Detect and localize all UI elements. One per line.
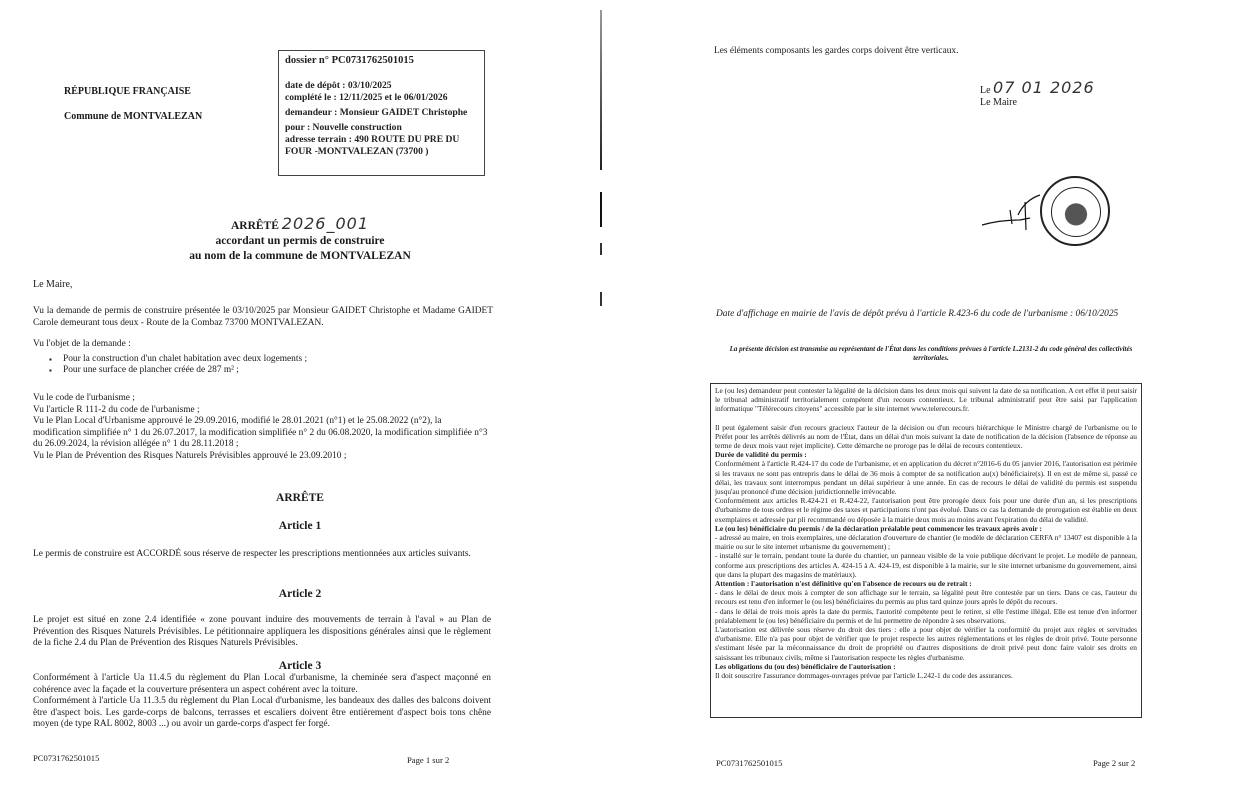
vu-objet: Vu l'objet de la demande : <box>33 339 493 351</box>
article-2-text: Le projet est situé en zone 2.4 identifi… <box>33 615 491 650</box>
page-divider <box>600 243 602 255</box>
vu-line: Vu le Plan Local d'Urbanisme approuvé le… <box>33 416 491 451</box>
republic-header: RÉPUBLIQUE FRANÇAISE <box>64 86 191 97</box>
completed-date: complété le : 12/11/2025 et le 06/01/202… <box>285 92 478 104</box>
footer-ref: PC0731762501015 <box>716 758 782 768</box>
address-line-1: adresse terrain : 490 ROUTE DU PRE DU <box>285 134 478 146</box>
legal-paragraph: Conformément aux articles R.424-21 et R.… <box>715 496 1137 524</box>
continuation-text: Les éléments composants les gardes corps… <box>714 45 958 57</box>
vu-demande: Vu la demande de permis de construire pr… <box>33 306 493 329</box>
footer-ref: PC0731762501015 <box>33 753 99 763</box>
legal-paragraph: L'autorisation est délivrée sous réserve… <box>715 625 1137 662</box>
legal-heading: Le (ou les) bénéficiaire du permis / de … <box>715 524 1137 533</box>
arrete-heading: ARRÊTE <box>0 492 600 504</box>
vu-line: Vu l'article R 111-2 du code de l'urbani… <box>33 405 491 417</box>
signatory-title: Le Maire <box>980 97 1095 108</box>
legal-heading: Attention : l'autorisation n'est définit… <box>715 579 1137 588</box>
vu-objet-section: Vu l'objet de la demande : Pour la const… <box>33 339 493 377</box>
legal-paragraph: Le (ou les) demandeur peut contester la … <box>715 386 1137 414</box>
dossier-info-box: dossier n° PC0731762501015 date de dépôt… <box>278 50 485 176</box>
footer-page: Page 1 sur 2 <box>407 755 449 765</box>
objet-list: Pour la construction d'un chalet habitat… <box>33 354 493 377</box>
page-divider <box>600 292 602 306</box>
legal-paragraph: - dans le délai de deux mois à compter d… <box>715 588 1137 606</box>
legal-paragraph: Conformément à l'article R.424-17 du cod… <box>715 459 1137 496</box>
legal-paragraph: Il doit souscrire l'assurance dommages-o… <box>715 671 1137 680</box>
article-3-text-1: Conformément à l'article Ua 11.4.5 du rè… <box>33 673 491 696</box>
footer-page: Page 2 sur 2 <box>1093 758 1135 768</box>
vu-line: Vu le Plan de Prévention des Risques Nat… <box>33 451 491 463</box>
vu-line: Vu le code de l'urbanisme ; <box>33 393 491 405</box>
decree-title: ARRÊTÉ 2026_001 accordant un permis de c… <box>0 216 600 264</box>
title-line-3: au nom de la commune de MONTVALEZAN <box>0 249 600 264</box>
signature-block: Le 07 01 2026 Le Maire <box>980 78 1095 108</box>
page-1: RÉPUBLIQUE FRANÇAISE Commune de MONTVALE… <box>0 0 600 793</box>
arrete-label: ARRÊTÉ <box>231 220 279 232</box>
legal-heading: Les obligations du (ou des) bénéficiaire… <box>715 662 1137 671</box>
legal-notice-box: Le (ou les) demandeur peut contester la … <box>710 383 1142 718</box>
le-maire: Le Maire, <box>33 279 72 292</box>
article-3-title: Article 3 <box>0 660 600 672</box>
article-1-text: Le permis de construire est ACCORDÉ sous… <box>33 549 493 561</box>
legal-paragraph: - dans le délai de trois mois après la d… <box>715 607 1137 625</box>
legal-paragraph: - installé sur le terrain, pendant toute… <box>715 551 1137 579</box>
title-line-2: accordant un permis de construire <box>0 234 600 249</box>
affichage-date: Date d'affichage en mairie de l'avis de … <box>716 309 1118 319</box>
article-3-text-2: Conformément à l'article Ua 11.3.5 du rè… <box>33 696 491 731</box>
dossier-number: dossier n° PC0731762501015 <box>285 55 478 67</box>
article-2-title: Article 2 <box>0 588 600 600</box>
transmission-note: La présente décision est transmise au re… <box>716 345 1146 363</box>
page-divider <box>600 192 602 227</box>
page-divider <box>600 10 602 170</box>
purpose: pour : Nouvelle construction <box>285 122 478 134</box>
legal-heading: Durée de validité du permis : <box>715 450 1137 459</box>
list-item: Pour la construction d'un chalet habitat… <box>63 354 493 366</box>
article-1-title: Article 1 <box>0 520 600 532</box>
date-prefix: Le <box>980 85 991 96</box>
handwritten-signature-date: 07 01 2026 <box>993 78 1095 97</box>
list-item: Pour une surface de plancher créée de 28… <box>63 365 493 377</box>
handwritten-decree-number: 2026_001 <box>282 214 369 233</box>
deposit-date: date de dépôt : 03/10/2025 <box>285 80 478 92</box>
address-line-2: FOUR -MONTVALEZAN (73700 ) <box>285 146 478 158</box>
vu-references: Vu le code de l'urbanisme ; Vu l'article… <box>33 393 491 463</box>
municipal-seal-icon <box>1040 176 1110 246</box>
commune-name: Commune de MONTVALEZAN <box>64 111 202 122</box>
applicant: demandeur : Monsieur GAIDET Christophe <box>285 107 478 119</box>
legal-paragraph: Il peut également saisir d'un recours gr… <box>715 423 1137 451</box>
legal-paragraph: - adressé au maire, en trois exemplaires… <box>715 533 1137 551</box>
article-3-body: Conformément à l'article Ua 11.4.5 du rè… <box>33 673 491 731</box>
